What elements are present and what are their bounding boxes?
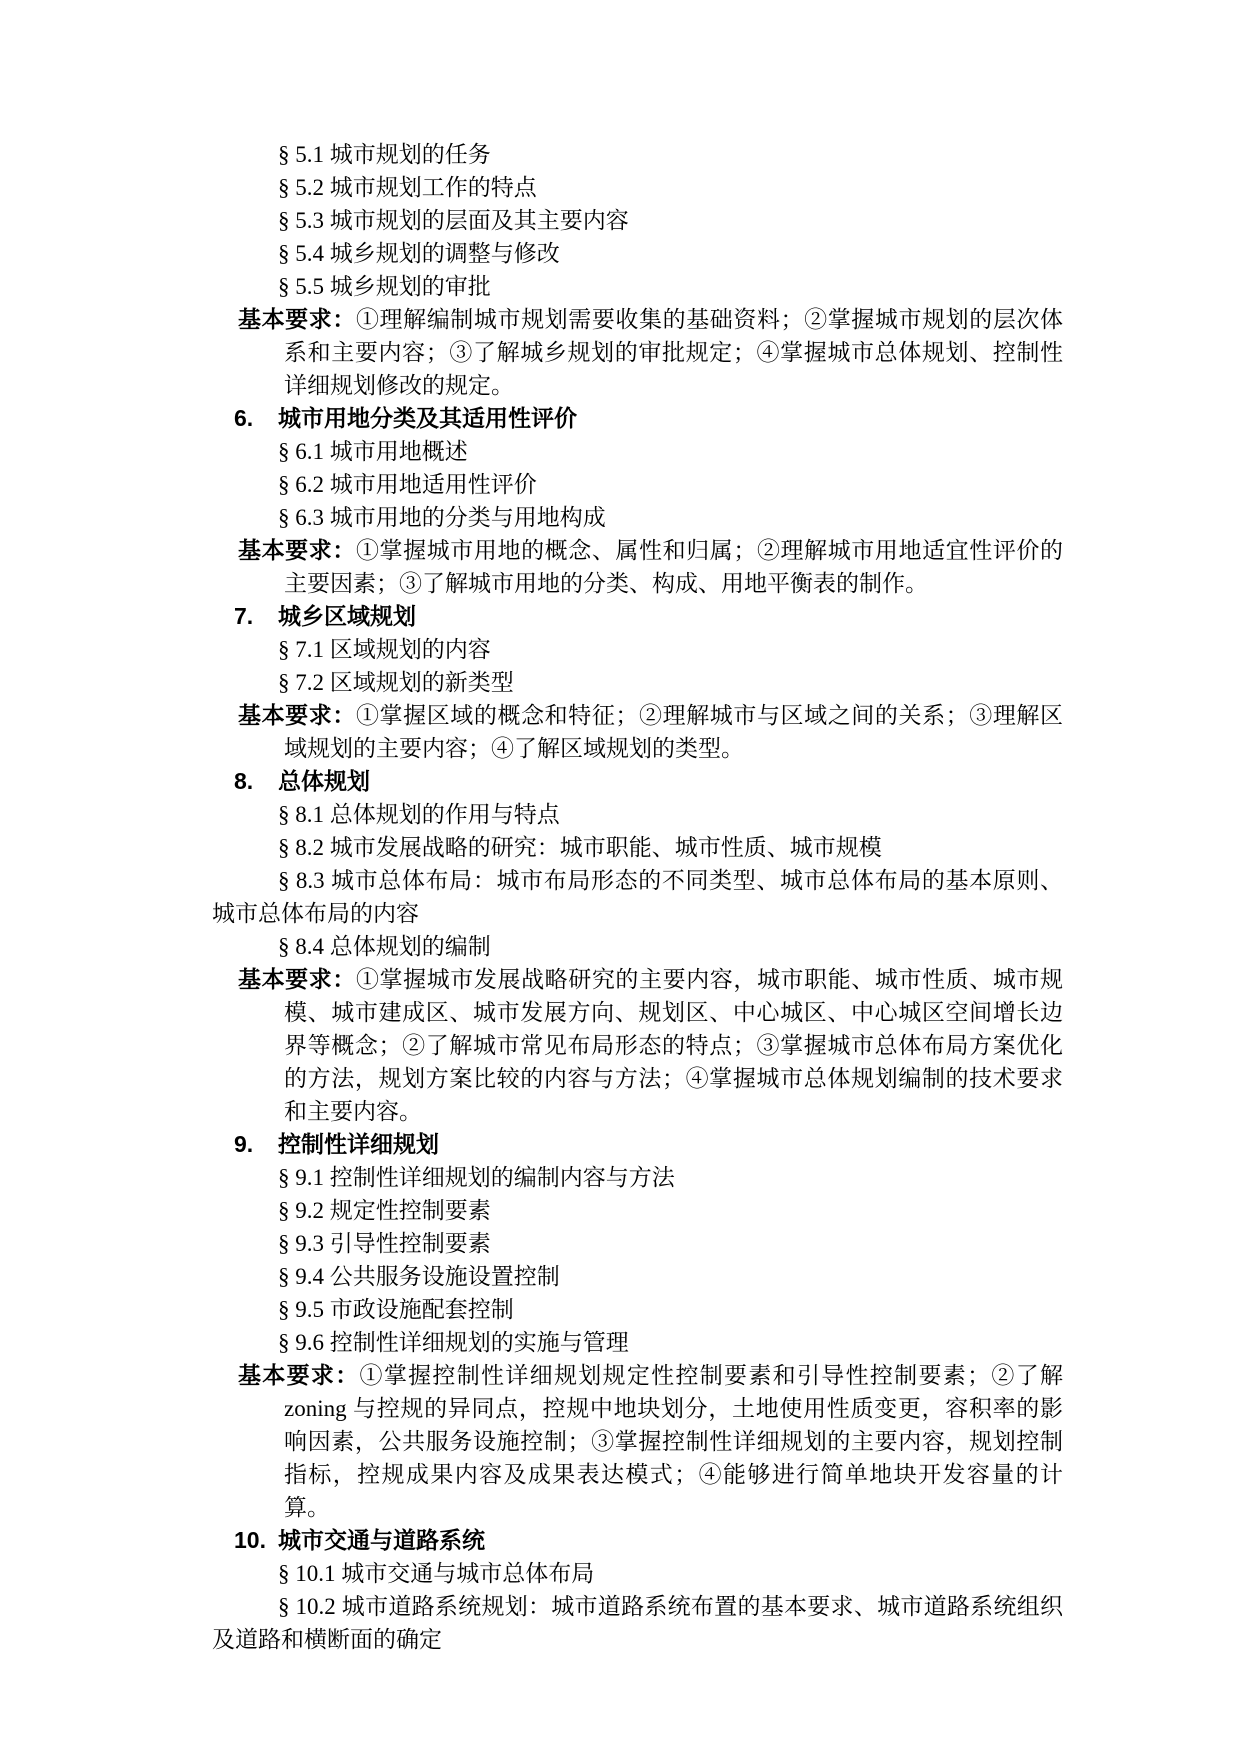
requirement-label: 基本要求： [238, 702, 356, 728]
chapter-title: 城乡区域规划 [278, 603, 416, 629]
subsection-line: § 8.2 城市发展战略的研究：城市职能、城市性质、城市规模 [212, 831, 1063, 864]
subsection-line: § 6.2 城市用地适用性评价 [212, 468, 1063, 501]
subsection-line: § 8.3 城市总体布局：城市布局形态的不同类型、城市总体布局的基本原则、城市总… [212, 864, 1063, 930]
requirement-label: 基本要求： [238, 1362, 360, 1388]
chapter-heading: 8.总体规划 [234, 765, 1063, 798]
requirement-label: 基本要求： [238, 306, 356, 332]
chapter-heading: 9.控制性详细规划 [234, 1128, 1063, 1161]
chapter-number: 9. [234, 1128, 278, 1161]
requirement-text: ①掌握城市用地的概念、属性和归属；②理解城市用地适宜性评价的主要因素；③了解城市… [284, 538, 1063, 596]
requirement-text: ①理解编制城市规划需要收集的基础资料；②掌握城市规划的层次体系和主要内容；③了解… [284, 307, 1063, 398]
subsection-line: § 10.1 城市交通与城市总体布局 [212, 1557, 1063, 1590]
requirement-paragraph: 基本要求：①掌握城市用地的概念、属性和归属；②理解城市用地适宜性评价的主要因素；… [284, 534, 1063, 600]
subsection-line: § 5.5 城乡规划的审批 [212, 270, 1063, 303]
subsection-line: § 9.3 引导性控制要素 [212, 1227, 1063, 1260]
subsection-line: § 6.1 城市用地概述 [212, 435, 1063, 468]
requirement-text: ①掌握区域的概念和特征；②理解城市与区域之间的关系；③理解区域规划的主要内容；④… [284, 703, 1063, 761]
requirement-label: 基本要求： [238, 966, 356, 992]
chapter-number: 7. [234, 600, 278, 633]
requirement-text: ①掌握城市发展战略研究的主要内容，城市职能、城市性质、城市规模、城市建成区、城市… [284, 967, 1063, 1124]
subsection-line: § 10.2 城市道路系统规划：城市道路系统布置的基本要求、城市道路系统组织及道… [212, 1590, 1063, 1656]
subsection-line: § 5.1 城市规划的任务 [212, 138, 1063, 171]
requirement-paragraph: 基本要求：①理解编制城市规划需要收集的基础资料；②掌握城市规划的层次体系和主要内… [284, 303, 1063, 402]
subsection-line: § 5.4 城乡规划的调整与修改 [212, 237, 1063, 270]
chapter-title: 控制性详细规划 [278, 1131, 439, 1157]
chapter-heading: 6.城市用地分类及其适用性评价 [234, 402, 1063, 435]
requirement-label: 基本要求： [238, 537, 356, 563]
chapter-heading: 7.城乡区域规划 [234, 600, 1063, 633]
subsection-line: § 5.2 城市规划工作的特点 [212, 171, 1063, 204]
subsection-line: § 8.1 总体规划的作用与特点 [212, 798, 1063, 831]
requirement-paragraph: 基本要求：①掌握区域的概念和特征；②理解城市与区域之间的关系；③理解区域规划的主… [284, 699, 1063, 765]
chapter-number: 8. [234, 765, 278, 798]
chapter-title: 城市交通与道路系统 [278, 1527, 485, 1553]
chapter-number: 10. [234, 1524, 278, 1557]
document-page: § 5.1 城市规划的任务§ 5.2 城市规划工作的特点§ 5.3 城市规划的层… [0, 0, 1240, 1754]
chapter-heading: 10.城市交通与道路系统 [234, 1524, 1063, 1557]
requirement-paragraph: 基本要求：①掌握控制性详细规划规定性控制要素和引导性控制要素；②了解 zonin… [284, 1359, 1063, 1524]
chapter-number: 6. [234, 402, 278, 435]
subsection-line: § 9.1 控制性详细规划的编制内容与方法 [212, 1161, 1063, 1194]
subsection-line: § 7.1 区域规划的内容 [212, 633, 1063, 666]
requirement-paragraph: 基本要求：①掌握城市发展战略研究的主要内容，城市职能、城市性质、城市规模、城市建… [284, 963, 1063, 1128]
requirement-text: ①掌握控制性详细规划规定性控制要素和引导性控制要素；②了解 zoning 与控规… [284, 1363, 1063, 1520]
document-content: § 5.1 城市规划的任务§ 5.2 城市规划工作的特点§ 5.3 城市规划的层… [212, 138, 1063, 1656]
chapter-title: 城市用地分类及其适用性评价 [278, 405, 577, 431]
subsection-line: § 6.3 城市用地的分类与用地构成 [212, 501, 1063, 534]
subsection-line: § 9.5 市政设施配套控制 [212, 1293, 1063, 1326]
subsection-line: § 7.2 区域规划的新类型 [212, 666, 1063, 699]
subsection-line: § 5.3 城市规划的层面及其主要内容 [212, 204, 1063, 237]
subsection-line: § 8.4 总体规划的编制 [212, 930, 1063, 963]
subsection-line: § 9.6 控制性详细规划的实施与管理 [212, 1326, 1063, 1359]
chapter-title: 总体规划 [278, 768, 370, 794]
subsection-line: § 9.2 规定性控制要素 [212, 1194, 1063, 1227]
subsection-line: § 9.4 公共服务设施设置控制 [212, 1260, 1063, 1293]
